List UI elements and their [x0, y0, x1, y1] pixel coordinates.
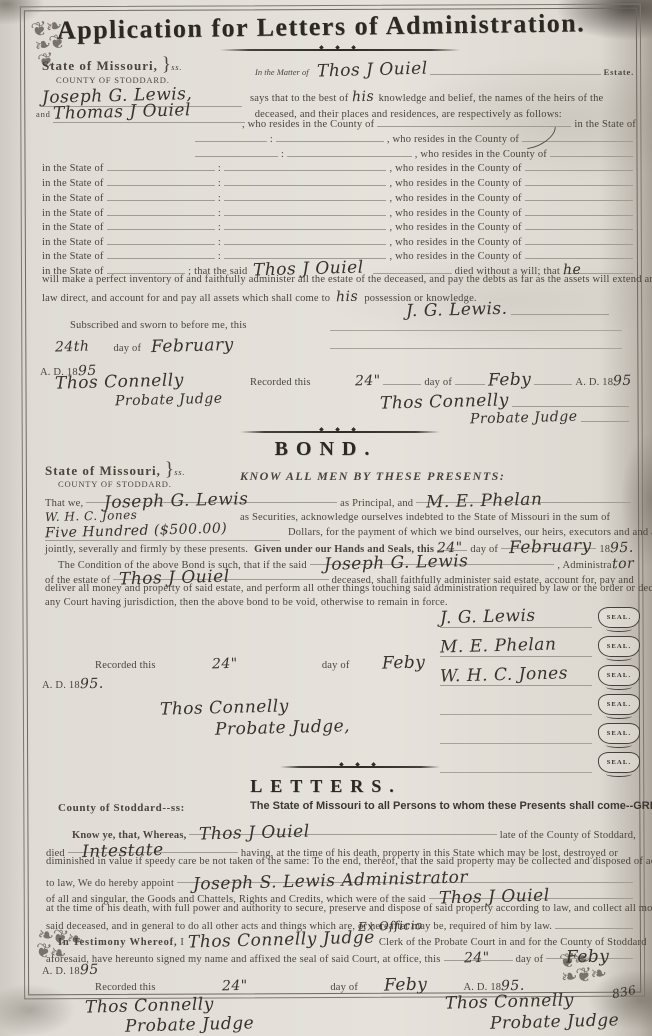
day-of-label: day of [322, 660, 350, 671]
recorder-signature-line: Thos Connelly [380, 392, 632, 412]
know-all-men-text: KNOW ALL MEN BY THESE PRESENTS: [240, 469, 505, 484]
deliver-text: deliver all money and property of said e… [45, 583, 652, 594]
applicant-signature-line: J. G. Lewis. [330, 300, 612, 320]
bond-recorded-year: 95. [80, 676, 104, 693]
know-ye-line: Know ye, that, Whereas, Thos J Ouiel lat… [72, 823, 636, 841]
applicant-signature: J. G. Lewis. [406, 299, 508, 322]
state-of-label: in the State of [42, 193, 104, 204]
scanned-document-page: ❦❧❧❦❦ ❧❦❧❦❧ ❦❧❧❦❧ Application for Letter… [0, 0, 652, 1036]
recorded-label: Recorded this [95, 982, 156, 993]
section-divider-flourish [240, 428, 440, 434]
heir-row: : , who resides in the County of [42, 130, 636, 145]
application-header: Application for Letters of Administratio… [60, 8, 582, 45]
bond-title: BOND. [275, 438, 378, 461]
bond-signature-line: M. E. Phelan [440, 636, 592, 657]
brace: } [165, 465, 174, 475]
state-of-label: in the State of [42, 178, 104, 189]
matter-line: In the Matter of Thos J Ouiel Estate. [255, 60, 634, 80]
seal-stamp: SEAL. [598, 694, 640, 715]
letters-judge-title-right: Probate Judge [490, 1012, 619, 1032]
greeting-text: The State of Missouri to all Persons to … [250, 800, 652, 812]
sworn-month-handwritten: February [151, 335, 234, 357]
bond-county-block: COUNTY OF STODDARD. [58, 479, 172, 489]
ad-label: A. D. 18 [42, 680, 80, 691]
letters-judge-signature-left: Thos Connelly [85, 996, 214, 1016]
recorder-title: Probate Judge [470, 409, 578, 428]
decedent-name-handwritten: Thos J Ouiel [316, 59, 427, 82]
recorded-label: Recorded this [95, 660, 156, 671]
recorded-line: Recorded this 24" day of Feby A. D. 18 9… [250, 370, 632, 390]
ad-label: A. D. 18 [42, 966, 80, 977]
brace: } [162, 60, 171, 70]
recorded-day-handwritten: 24" [354, 373, 380, 390]
recorded-label: Recorded this [250, 377, 311, 388]
recorded-month-handwritten: Feby [488, 369, 532, 390]
testimony-month-handwritten: Feby [566, 946, 610, 967]
sworn-day-handwritten: 24th [55, 339, 90, 356]
bond-recorded-year-line: A. D. 18 95. [42, 676, 104, 692]
know-ye-label: Know ye, that, Whereas, [72, 830, 186, 841]
seal-stamp: SEAL. [598, 723, 640, 744]
letters-judge-signature-right: Thos Connelly [445, 992, 574, 1012]
letters-header: LETTERS. [0, 776, 652, 797]
letters-judge-title-left: Probate Judge [125, 1015, 254, 1035]
title-divider-flourish [220, 46, 460, 52]
bond-judge-signature: Thos Connelly [160, 698, 289, 718]
resides-label: , who resides in the County of [389, 193, 521, 204]
bond-judge-title: Probate Judge, [215, 718, 350, 738]
diminished-line: diminished in value if speedy care be no… [46, 856, 636, 867]
state-label: State of Missouri, [42, 58, 158, 74]
corner-mark: 836 [611, 983, 637, 1001]
know-all-men-line: KNOW ALL MEN BY THESE PRESENTS: [240, 469, 505, 484]
blank-signature-line [440, 714, 592, 715]
law-direct-text: law direct, and account for and pay all … [42, 293, 330, 304]
state-of-label: in the State of [42, 163, 104, 174]
aforesaid-text: aforesaid, have hereunto signed my name … [46, 954, 441, 965]
testimony-year-line: A. D. 18 95 [42, 962, 99, 978]
in-matter-of-label: In the Matter of [255, 67, 309, 77]
bond-venue-block: State of Missouri, } ss. [45, 463, 185, 479]
bond-signature-line: J. G. Lewis [440, 607, 592, 628]
recorded-year-handwritten: 95 [613, 373, 632, 389]
late-of-label: late of the County of Stoddard, [500, 830, 636, 841]
inventory-line: will make a perfect inventory of and fai… [42, 274, 636, 285]
day-of-label: day of [113, 343, 141, 354]
county-ss-label: County of Stoddard--ss: [58, 802, 185, 814]
resides-label: , who resides in the County of [242, 119, 374, 130]
day-of-label: day of [330, 982, 358, 993]
ss-label: ss. [171, 62, 182, 72]
ss-label: ss. [174, 467, 185, 477]
heir-row: in the State of : , who resides in the C… [42, 218, 636, 233]
bond-signature-1: J. G. Lewis [440, 606, 536, 628]
section-divider-flourish [280, 763, 440, 769]
resides-label: , who resides in the County of [387, 134, 519, 145]
seal-stamp: SEAL. [598, 665, 640, 686]
judge-signature: Thos Connelly [55, 370, 184, 393]
letters-county-line: County of Stoddard--ss: [58, 802, 185, 814]
heir-row: in the State of : , who resides in the C… [42, 189, 636, 204]
resides-label: , who resides in the County of [389, 178, 521, 189]
county-block: COUNTY OF STODDARD. [56, 75, 170, 85]
bond-deliver-line: deliver all money and property of said e… [45, 583, 634, 594]
time-of-death-line: at the time of his death, with full powe… [46, 903, 636, 914]
bond-recorded-day: 24" [211, 656, 237, 673]
state-label: State of Missouri, [45, 463, 161, 479]
county-label: COUNTY OF STODDARD. [56, 75, 170, 85]
letters-title: LETTERS. [250, 776, 402, 797]
time-death-text: at the time of his death, with full powe… [46, 903, 652, 914]
resides-label: , who resides in the County of [389, 222, 521, 233]
heir-row: in the State of : , who resides in the C… [42, 159, 636, 174]
county-label: COUNTY OF STODDARD. [58, 479, 172, 489]
bond-signature-2: M. E. Phelan [440, 634, 557, 657]
bond-recorded-month: Feby [381, 652, 425, 673]
sworn-date-line: 24th day of February [55, 336, 285, 356]
subscribed-line: Subscribed and sworn to before me, this [70, 320, 247, 331]
bond-header: BOND. [0, 438, 652, 461]
judge-signature-block: Thos Connelly [55, 372, 184, 392]
heir-row: in the State of : , who resides in the C… [42, 174, 636, 189]
ad-label: A. D. 18 [575, 377, 613, 388]
state-of-tail-label: in the State of [574, 119, 636, 130]
bond-signature-line: W. H. C. Jones [440, 665, 592, 686]
letters-recorded-month: Feby [384, 974, 428, 995]
court-text: any Court having jurisdiction, then the … [45, 597, 448, 608]
state-of-label: in the State of [42, 222, 104, 233]
recorder-title-line: Probate Judge [470, 410, 632, 426]
letters-recorded-day: 24" [221, 978, 247, 995]
judge-title: Probate Judge [115, 391, 223, 410]
testimony-day-handwritten: 24" [463, 950, 489, 967]
day-of-label: day of [424, 377, 452, 388]
ruled-line [330, 348, 622, 349]
blank-signature-line [440, 743, 592, 744]
seal-stamp: SEAL. [598, 752, 640, 773]
inventory-text: will make a perfect inventory of and fai… [42, 274, 652, 285]
judge-title-block: Probate Judge [115, 392, 223, 408]
heir-row: : , who resides in the County of [42, 145, 636, 160]
subscribed-text: Subscribed and sworn to before me, this [70, 320, 247, 331]
bond-signature-3: W. H. C. Jones [440, 663, 568, 686]
resides-label: , who resides in the County of [389, 163, 521, 174]
aforesaid-line: aforesaid, have hereunto signed my name … [46, 947, 636, 965]
seal-stamp: SEAL. [598, 636, 640, 657]
heir-row: in the State of : , who resides in the C… [42, 233, 636, 248]
day-of-label: day of [516, 954, 544, 965]
ruled-line [330, 330, 622, 331]
greeting-line: The State of Missouri to all Persons to … [250, 800, 638, 812]
venue-block: State of Missouri, } ss. [42, 58, 182, 74]
heir-row: in the State of : , who resides in the C… [42, 204, 636, 219]
estate-label: Estate. [604, 67, 634, 77]
diminished-text: diminished in value if speedy care be no… [46, 856, 652, 867]
blank-signature-line [440, 772, 592, 773]
seal-stamp: SEAL. [598, 607, 640, 628]
page-title: Application for Letters of Administratio… [57, 8, 586, 45]
bond-recorded-line: Recorded this 24" day of Feby [95, 653, 425, 673]
